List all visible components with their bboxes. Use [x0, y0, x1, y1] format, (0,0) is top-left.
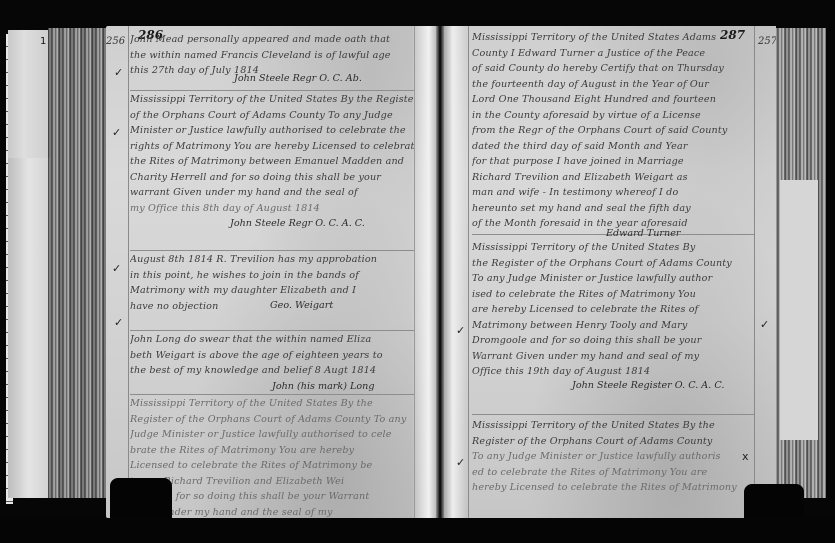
record-entry: August 8th 1814 R. Trevilion has my appr…	[130, 252, 414, 331]
entry-line: gart and for so doing this shall be your…	[130, 489, 414, 505]
margin-rule-right	[754, 26, 755, 518]
check-mark-icon: ✓	[112, 126, 121, 139]
check-mark-icon: ✓	[112, 262, 121, 275]
check-mark-icon: ✓	[114, 66, 123, 79]
entry-line: brate the Rites of Matrimony You are her…	[130, 443, 414, 459]
entry-line: dated the third day of said Month and Ye…	[472, 139, 754, 155]
entry-line: Lord One Thousand Eight Hundred and four…	[472, 92, 754, 108]
check-mark-icon: ✓	[456, 324, 465, 337]
entry-line: ed to celebrate the Rites of Matrimony Y…	[472, 465, 754, 481]
folio-mark: 257	[758, 36, 776, 47]
record-entry: Mississippi Territory of the United Stat…	[472, 30, 754, 235]
entry-line: John Long do swear that the within named…	[130, 332, 414, 348]
entry-line: Mississippi Territory of the United Stat…	[472, 418, 754, 434]
entry-line: the Rites of Matrimony between Emanuel M…	[130, 154, 414, 170]
entry-line: man and wife - In testimony whereof I do	[472, 185, 754, 201]
page-tab-marker	[780, 180, 818, 440]
entry-line: ised to celebrate the Rites of Matrimony…	[472, 287, 754, 303]
entry-signature: John Steele Register O. C. A. C.	[472, 378, 754, 394]
folio-mark: 256	[106, 36, 125, 47]
entry-signature: John Steele Regr O. C. A. C.	[130, 216, 414, 232]
entry-line: hereby Licensed to celebrate the Rites o…	[472, 480, 754, 496]
entry-line: from the Regr of the Orphans Court of sa…	[472, 123, 754, 139]
record-entry: Mississippi Territory of the United Stat…	[472, 418, 754, 518]
edge-label: 1	[40, 36, 46, 47]
entry-line: rights of Matrimony You are hereby Licen…	[130, 139, 414, 155]
entry-line: Minister or Justice lawfully authorised …	[130, 123, 414, 139]
entry-signature: John (his mark) Long	[130, 379, 414, 395]
entry-line: Matrimony with my daughter Elizabeth and…	[130, 283, 414, 299]
entry-line: Warrant Given under my hand and seal of …	[472, 349, 754, 365]
entry-line: my Office this 8th day of August 1814	[130, 201, 414, 217]
margin-rule	[128, 26, 129, 518]
record-entry: Mississippi Territory of the United Stat…	[130, 92, 414, 251]
entry-line: Mississippi Territory of the United Stat…	[130, 92, 414, 108]
book-cover-left-lower	[8, 158, 50, 498]
entry-line: Given under my hand and the seal of my	[130, 505, 414, 519]
record-entry: John Long do swear that the within named…	[130, 332, 414, 395]
gutter-highlight	[444, 26, 466, 518]
record-entry: Mississippi Territory of the United Stat…	[130, 396, 414, 518]
entry-line: of said County do hereby Certify that on…	[472, 61, 754, 77]
entry-line: Richard Trevilion and Elizabeth Weigart …	[472, 170, 754, 186]
left-page: 256 286 ✓ ✓ ✓ ✓ John Mead personally app…	[106, 26, 436, 518]
entry-line: Register of the Orphans Court of Adams C…	[130, 412, 414, 428]
scan-background	[0, 518, 835, 543]
entry-line: for that purpose I have joined in Marria…	[472, 154, 754, 170]
entry-line: the within named Francis Cleveland is of…	[130, 48, 414, 64]
record-entry: John Mead personally appeared and made o…	[130, 32, 414, 91]
right-page: 287 257 ✓ ✓ ✓ x Mississippi Territory of…	[444, 26, 776, 518]
entry-line: in this point, he wishes to join in the …	[130, 268, 414, 284]
page-stack-left	[48, 28, 106, 498]
entry-line: To any Judge Minister or Justice lawfull…	[472, 449, 754, 465]
scan-viewer: 1 256 286 ✓ ✓ ✓ ✓ John Mead personally a…	[0, 0, 835, 543]
entry-line: Licensed to celebrate the Rites of Matri…	[130, 458, 414, 474]
entry-line: Matrimony between Henry Tooly and Mary	[472, 318, 754, 334]
entry-line: in the County aforesaid by virtue of a L…	[472, 108, 754, 124]
entry-line: tween Richard Trevilion and Elizabeth We…	[130, 474, 414, 490]
entry-line: of the Orphans Court of Adams County To …	[130, 108, 414, 124]
book-gutter	[436, 26, 444, 518]
book-cover-left	[8, 30, 48, 158]
entry-line: Charity Herrell and for so doing this sh…	[130, 170, 414, 186]
check-mark-icon: ✓	[456, 456, 465, 469]
entry-line: the fourteenth day of August in the Year…	[472, 77, 754, 93]
entry-line: Mississippi Territory of the United Stat…	[130, 396, 414, 412]
entry-line: warrant Given under my hand and the seal…	[130, 185, 414, 201]
record-entry: Mississippi Territory of the United Stat…	[472, 240, 754, 415]
entry-line: Mississippi Territory of the United Stat…	[472, 30, 754, 46]
entry-line: John Mead personally appeared and made o…	[130, 32, 414, 48]
entry-line: Register of the Orphans Court of Adams C…	[472, 434, 754, 450]
entry-line: the best of my knowledge and belief 8 Au…	[130, 363, 414, 379]
check-mark-icon: ✓	[760, 318, 769, 331]
gutter-highlight	[412, 26, 436, 518]
entry-line: Mississippi Territory of the United Stat…	[472, 240, 754, 256]
entry-line: beth Weigart is above the age of eightee…	[130, 348, 414, 364]
margin-rule	[468, 26, 469, 518]
entry-line: are hereby Licensed to celebrate the Rit…	[472, 302, 754, 318]
entry-line: August 8th 1814 R. Trevilion has my appr…	[130, 252, 414, 268]
entry-line: the Register of the Orphans Court of Ada…	[472, 256, 754, 272]
entry-line: Judge Minister or Justice lawfully autho…	[130, 427, 414, 443]
entry-line: County I Edward Turner a Justice of the …	[472, 46, 754, 62]
entry-line: hereunto set my hand and seal the fifth …	[472, 201, 754, 217]
check-mark-icon: ✓	[114, 316, 123, 329]
entry-line: To any Judge Minister or Justice lawfull…	[472, 271, 754, 287]
entry-line: Dromgoole and for so doing this shall be…	[472, 333, 754, 349]
